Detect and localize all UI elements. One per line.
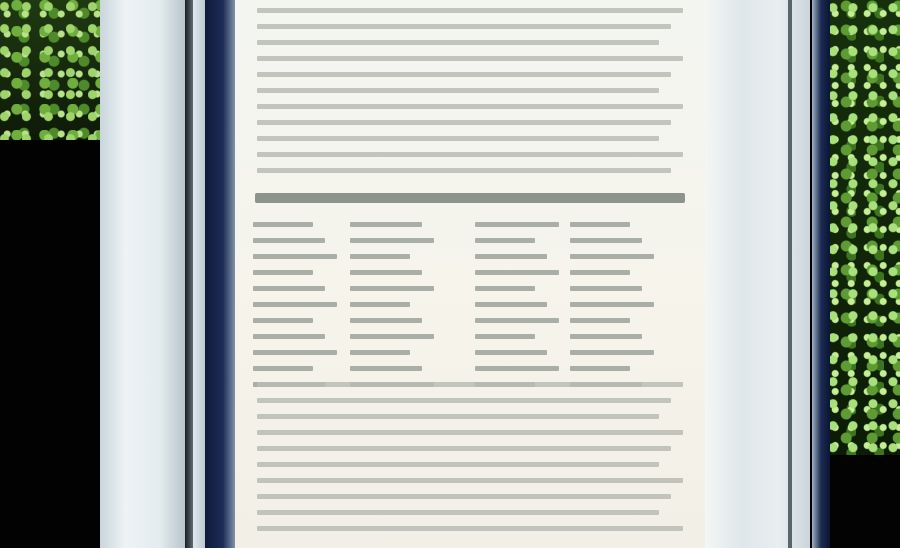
table-cell bbox=[475, 238, 535, 243]
table-column bbox=[475, 222, 565, 398]
text-line bbox=[257, 478, 683, 483]
text-line bbox=[257, 24, 671, 29]
table-cell bbox=[253, 254, 337, 259]
text-line bbox=[257, 168, 671, 173]
table-cell bbox=[570, 318, 630, 323]
table-cell bbox=[253, 318, 313, 323]
text-line bbox=[257, 120, 671, 125]
text-line bbox=[257, 152, 683, 157]
document-heading bbox=[255, 193, 685, 203]
text-line bbox=[257, 414, 659, 419]
table-cell bbox=[475, 350, 547, 355]
table-column bbox=[570, 222, 660, 398]
frame-groove-right bbox=[788, 0, 792, 548]
table-cell bbox=[475, 334, 535, 339]
frame-post-right bbox=[705, 0, 810, 548]
text-line bbox=[257, 446, 671, 451]
frame-post-left bbox=[100, 0, 185, 548]
table-cell bbox=[570, 366, 630, 371]
table-cell bbox=[253, 222, 313, 227]
text-line bbox=[257, 398, 671, 403]
text-line bbox=[257, 56, 683, 61]
table-cell bbox=[570, 238, 642, 243]
frame-inner-border-right bbox=[812, 0, 830, 548]
shadow-background-right bbox=[828, 455, 900, 548]
table-cell bbox=[253, 302, 337, 307]
table-cell bbox=[350, 318, 422, 323]
table-column bbox=[253, 222, 343, 398]
text-line bbox=[257, 88, 659, 93]
text-line bbox=[257, 510, 659, 515]
table-cell bbox=[253, 334, 325, 339]
text-line bbox=[257, 526, 683, 531]
table-cell bbox=[253, 270, 313, 275]
table-cell bbox=[350, 302, 410, 307]
table-cell bbox=[253, 238, 325, 243]
table-cell bbox=[475, 254, 547, 259]
table-cell bbox=[475, 366, 559, 371]
table-cell bbox=[350, 350, 410, 355]
table-cell bbox=[350, 366, 422, 371]
table-column bbox=[350, 222, 440, 398]
foliage-background-left bbox=[0, 0, 100, 140]
table-cell bbox=[253, 350, 337, 355]
text-line bbox=[257, 462, 659, 467]
table-cell bbox=[570, 334, 642, 339]
foliage-background-right bbox=[828, 0, 900, 455]
text-line bbox=[257, 8, 683, 13]
table-cell bbox=[475, 270, 559, 275]
text-line bbox=[257, 494, 671, 499]
table-cell bbox=[570, 302, 654, 307]
table-cell bbox=[475, 222, 559, 227]
text-line bbox=[257, 136, 659, 141]
shadow-background-left bbox=[0, 140, 105, 548]
table-cell bbox=[350, 238, 434, 243]
text-line bbox=[257, 72, 671, 77]
framed-document bbox=[235, 0, 705, 548]
text-line bbox=[257, 40, 659, 45]
table-cell bbox=[253, 366, 313, 371]
table-cell bbox=[350, 286, 434, 291]
frame-gap-left bbox=[185, 0, 193, 548]
table-cell bbox=[475, 318, 559, 323]
frame-rail-left bbox=[193, 0, 205, 548]
text-line bbox=[257, 104, 683, 109]
table-cell bbox=[350, 222, 422, 227]
table-cell bbox=[253, 286, 325, 291]
frame-inner-border-left bbox=[205, 0, 235, 548]
table-cell bbox=[350, 334, 434, 339]
table-cell bbox=[475, 286, 535, 291]
table-cell bbox=[350, 254, 410, 259]
table-cell bbox=[570, 270, 630, 275]
table-cell bbox=[570, 222, 630, 227]
table-cell bbox=[570, 286, 642, 291]
table-cell bbox=[350, 270, 422, 275]
text-line bbox=[257, 430, 683, 435]
table-cell bbox=[570, 254, 654, 259]
text-line bbox=[257, 382, 683, 387]
table-cell bbox=[475, 302, 547, 307]
table-cell bbox=[570, 350, 654, 355]
